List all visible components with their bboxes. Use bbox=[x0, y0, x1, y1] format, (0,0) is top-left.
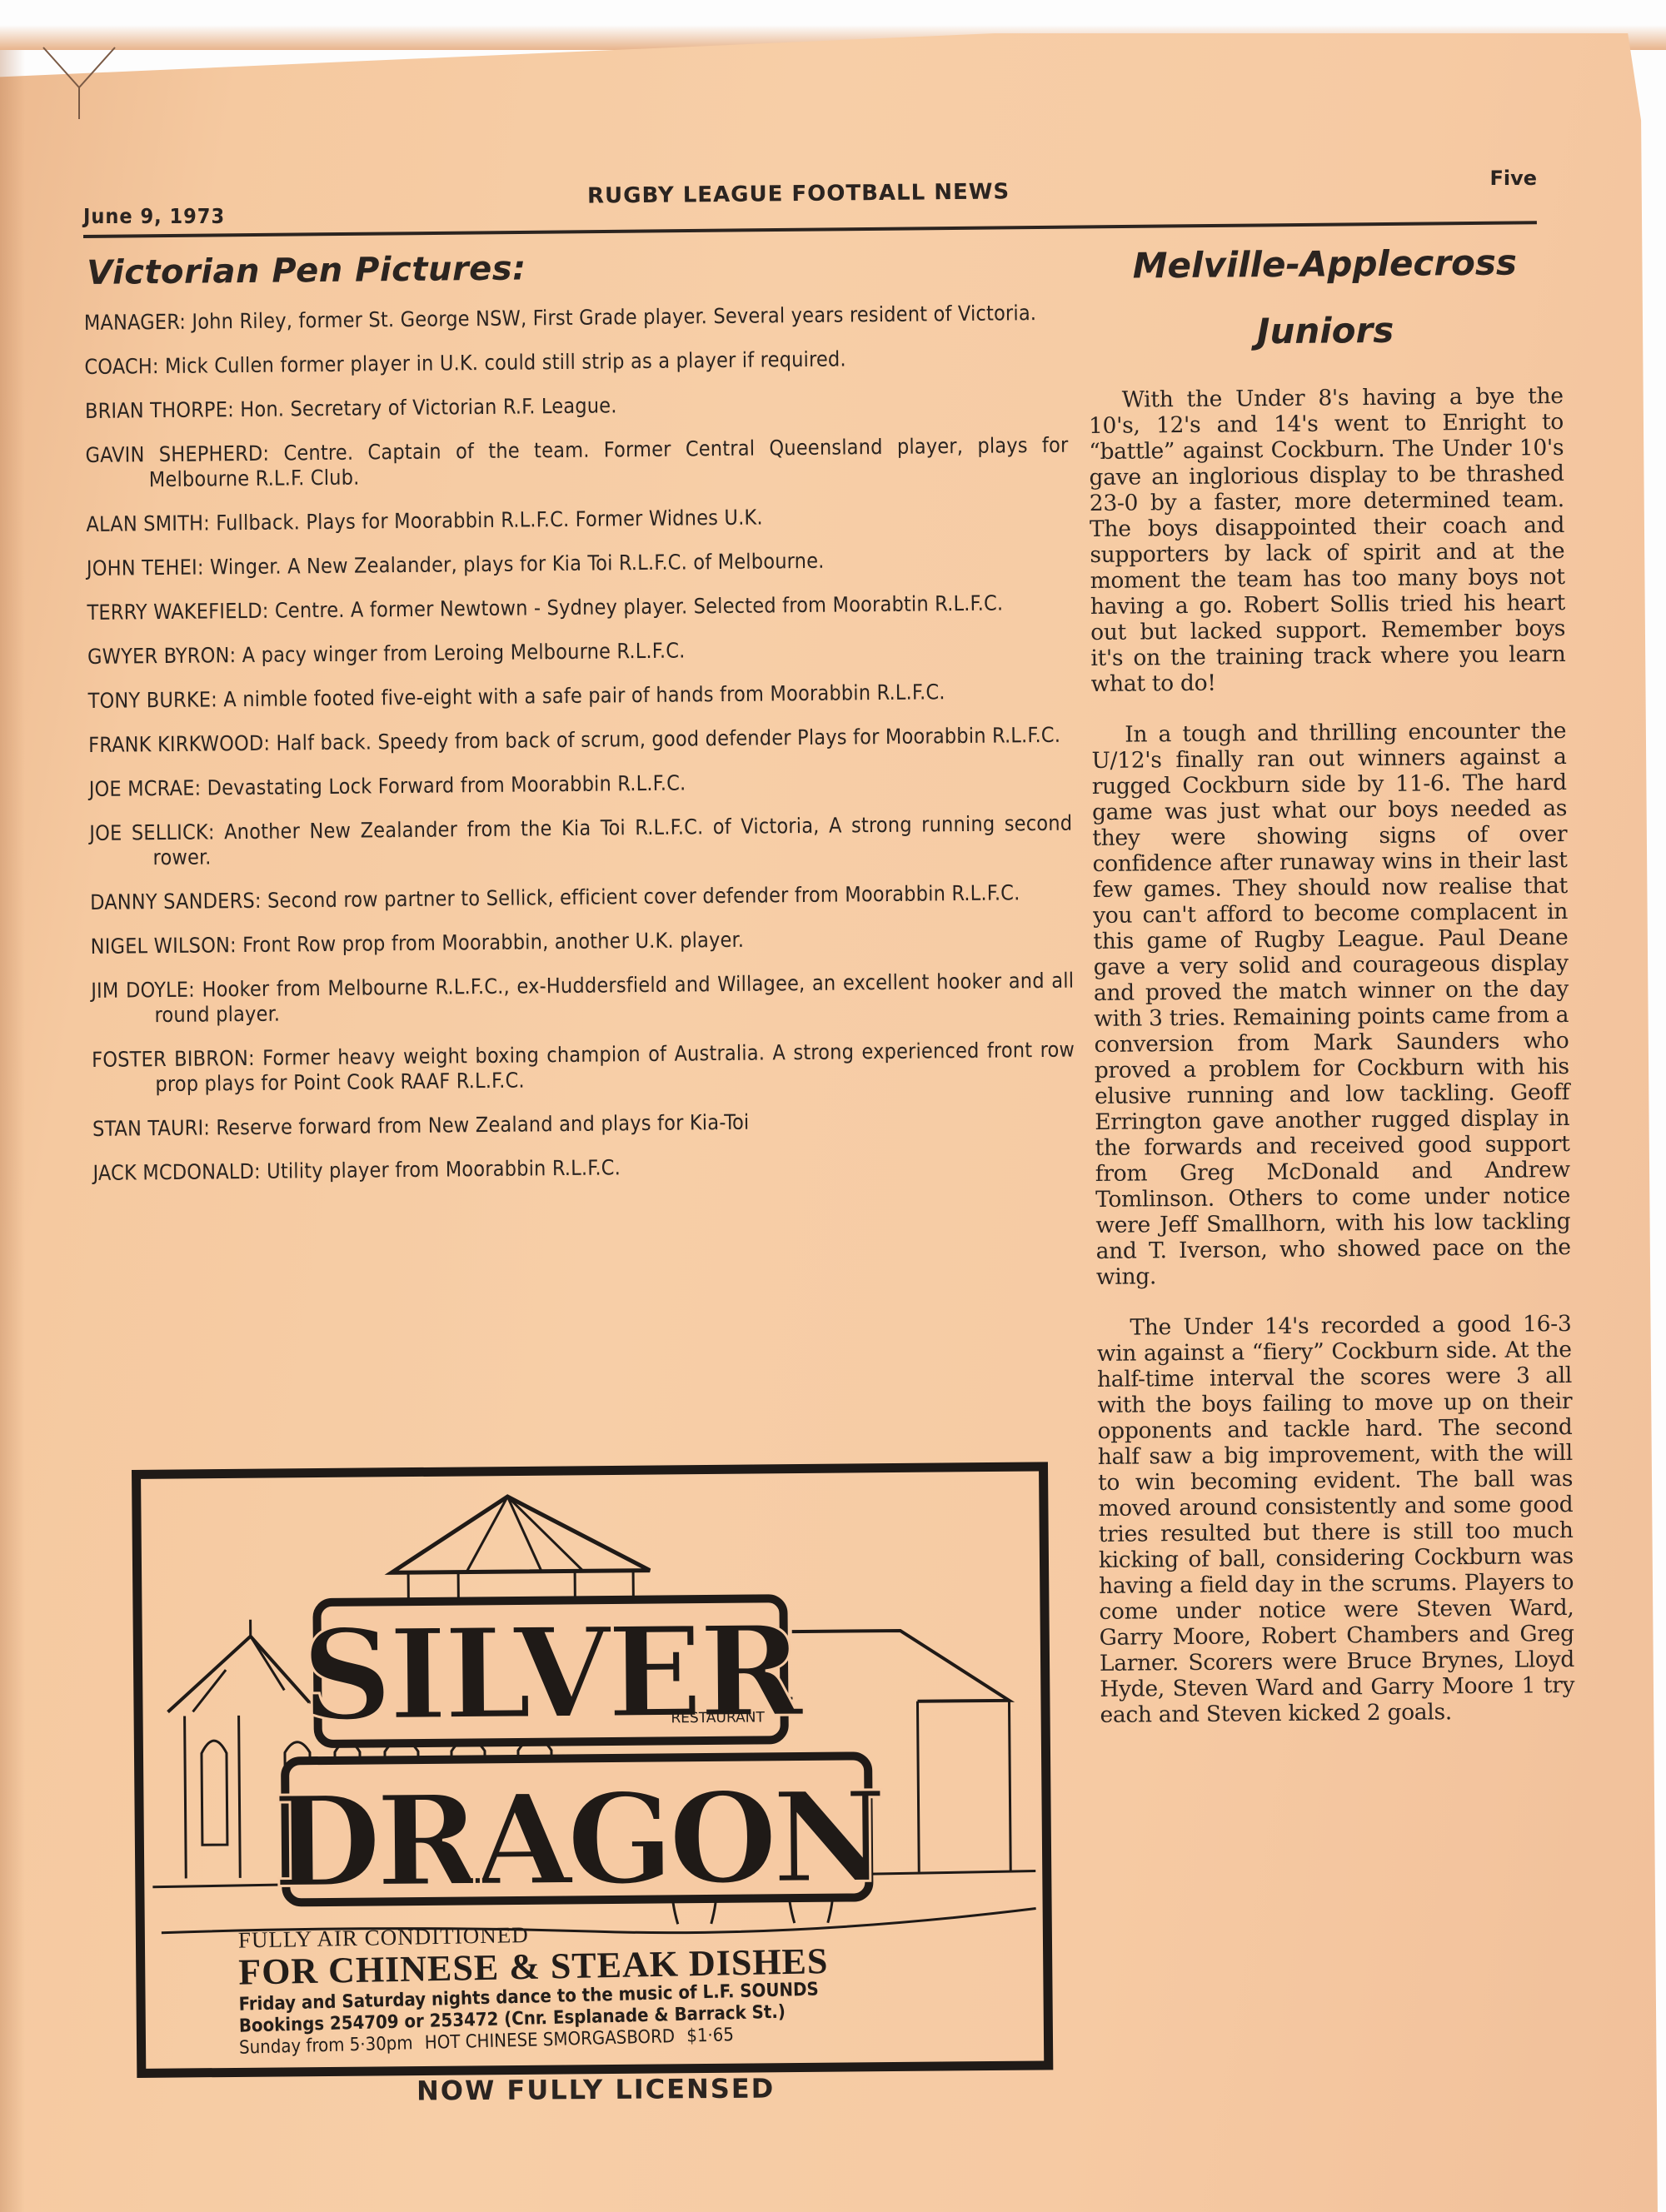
ad-licensed-footer: NOW FULLY LICENSED bbox=[416, 2072, 776, 2106]
pen-picture-entry: JIM DOYLE: Hooker from Melbourne R.L.F.C… bbox=[91, 969, 1075, 1029]
article-title: Melville-Applecross Juniors bbox=[1087, 229, 1563, 366]
pen-picture-entry: COACH: Mick Cullen former player in U.K.… bbox=[84, 345, 1067, 380]
publication-name: RUGBY LEAGUE FOOTBALL NEWS bbox=[587, 179, 1010, 208]
pen-pictures-article: Victorian Pen Pictures: MANAGER: John Ri… bbox=[83, 244, 1076, 1205]
player-description: Devastating Lock Forward from Moorabbin … bbox=[207, 770, 686, 800]
brand-name-silver: SILVER bbox=[302, 1598, 805, 1749]
player-description: Fullback. Plays for Moorabbin R.L.F.C. F… bbox=[216, 505, 763, 535]
ad-copy: FULLY AIR CONDITIONED FOR CHINESE & STEA… bbox=[238, 1917, 989, 2053]
player-description: Half back. Speedy from back of scrum, go… bbox=[276, 723, 1060, 755]
pen-picture-entry: JACK McDONALD: Utility player from Moora… bbox=[92, 1151, 1075, 1186]
player-description: Hon. Secretary of Victorian R.F. League. bbox=[240, 393, 617, 421]
player-name: FRANK KIRKWOOD: bbox=[88, 731, 270, 757]
player-description: A pacy winger from Leroing Melbourne R.L… bbox=[242, 638, 686, 667]
player-description: Centre. A former Newtown - Sydney player… bbox=[275, 590, 1004, 622]
pen-picture-entry: MANAGER: John Riley, former St. George N… bbox=[84, 301, 1067, 336]
pen-picture-entry: JOE SELLICK: Another New Zealander from … bbox=[89, 811, 1073, 871]
pen-picture-entry: TERRY WAKEFIELD: Centre. A former Newtow… bbox=[87, 590, 1070, 625]
player-description: Utility player from Moorabbin R.L.F.C. bbox=[267, 1155, 621, 1183]
player-name: TERRY WAKEFIELD: bbox=[87, 599, 268, 625]
player-description: Winger. A New Zealander, plays for Kia T… bbox=[210, 549, 825, 580]
title-line-1: Melville-Applecross bbox=[1087, 229, 1563, 300]
article-paragraph: With the Under 8's having a bye the 10's… bbox=[1089, 383, 1566, 697]
player-name: MANAGER: bbox=[84, 310, 187, 335]
brand-name-dragon: DRAGON bbox=[272, 1764, 883, 1916]
ad-price: $1·65 bbox=[686, 2025, 734, 2046]
pen-picture-entry: TONY BURKE: A nimble footed five-eight w… bbox=[87, 679, 1070, 714]
pen-picture-entry: GWYER BYRON: A pacy winger from Leroing … bbox=[87, 635, 1070, 670]
player-description: Hooker from Melbourne R.L.F.C., ex-Hudde… bbox=[154, 969, 1074, 1028]
player-name: DANNY SANDERS: bbox=[90, 889, 262, 914]
pen-picture-entry: FRANK KIRKWOOD: Half back. Speedy from b… bbox=[88, 723, 1071, 758]
silver-dragon-advertisement: SILVER DRAGON RESTAURANT FULLY AIR CONDI… bbox=[132, 1462, 1053, 2078]
player-description: Reserve forward from New Zealand and pla… bbox=[216, 1110, 749, 1140]
pen-pictures-list: MANAGER: John Riley, former St. George N… bbox=[84, 301, 1076, 1186]
restaurant-sign: RESTAURANT bbox=[671, 1709, 765, 1726]
pen-picture-entry: DANNY SANDERS: Second row partner to Sel… bbox=[90, 880, 1073, 915]
player-description: Centre. Captain of the team. Former Cent… bbox=[149, 433, 1069, 492]
juniors-article: Melville-Applecross Juniors With the Und… bbox=[1087, 229, 1575, 1753]
player-name: JOHN TEHEI: bbox=[87, 555, 204, 580]
player-description: Front Row prop from Moorabbin, another U… bbox=[242, 928, 744, 957]
article-paragraph: In a tough and thrilling encounter the U… bbox=[1091, 718, 1571, 1290]
pen-picture-entry: BRIAN THORPE: Hon. Secretary of Victoria… bbox=[85, 389, 1068, 424]
player-name: JACK McDONALD: bbox=[92, 1159, 261, 1185]
pen-picture-entry: GAVIN SHEPHERD: Centre. Captain of the t… bbox=[85, 433, 1069, 493]
player-name: GWYER BYRON: bbox=[87, 643, 237, 669]
player-name: ALAN SMITH: bbox=[86, 511, 210, 536]
player-name: NIGEL WILSON: bbox=[91, 933, 237, 959]
player-name: COACH: bbox=[84, 354, 159, 379]
player-name: JOE McRAE: bbox=[89, 776, 202, 801]
pen-picture-entry: JOHN TEHEI: Winger. A New Zealander, pla… bbox=[87, 546, 1070, 581]
player-description: John Riley, former St. George NSW, First… bbox=[192, 301, 1036, 334]
title-line-2: Juniors bbox=[1088, 296, 1564, 366]
pen-picture-entry: FOSTER BIBRON: Former heavy weight boxin… bbox=[92, 1038, 1075, 1098]
player-description: Second row partner to Sellick, efficient… bbox=[267, 880, 1020, 912]
player-name: JIM DOYLE: bbox=[91, 978, 195, 1003]
pen-picture-entry: STAN TAURI: Reserve forward from New Zea… bbox=[92, 1107, 1075, 1142]
page-edge-shadow bbox=[0, 50, 25, 2212]
player-name: TONY BURKE: bbox=[87, 687, 217, 713]
player-name: GAVIN SHEPHERD: bbox=[85, 441, 269, 467]
issue-date: June 9, 1973 bbox=[83, 204, 225, 228]
player-name: STAN TAURI: bbox=[92, 1115, 210, 1140]
ad-sunday-time: Sunday from 5·30pm bbox=[239, 2033, 413, 2058]
player-name: BRIAN THORPE: bbox=[85, 397, 234, 423]
article-paragraph: The Under 14's recorded a good 16-3 win … bbox=[1096, 1311, 1574, 1728]
corner-fold-mark-icon bbox=[42, 46, 117, 121]
player-description: Another New Zealander from the Kia Toi R… bbox=[152, 811, 1072, 870]
page-number: Five bbox=[1489, 167, 1537, 190]
player-description: Former heavy weight boxing champion of A… bbox=[155, 1038, 1075, 1097]
player-name: FOSTER BIBRON: bbox=[92, 1046, 255, 1072]
pen-picture-entry: JOE McRAE: Devastating Lock Forward from… bbox=[89, 767, 1072, 802]
pen-picture-entry: NIGEL WILSON: Front Row prop from Moorab… bbox=[91, 924, 1074, 959]
pen-picture-entry: ALAN SMITH: Fullback. Plays for Moorabbi… bbox=[86, 502, 1069, 537]
player-description: Mick Cullen former player in U.K. could … bbox=[165, 346, 846, 378]
page-header: June 9, 1973 RUGBY LEAGUE FOOTBALL NEWS … bbox=[83, 167, 1537, 225]
player-name: JOE SELLICK: bbox=[89, 820, 215, 845]
player-description: A nimble footed five-eight with a safe p… bbox=[223, 680, 945, 711]
